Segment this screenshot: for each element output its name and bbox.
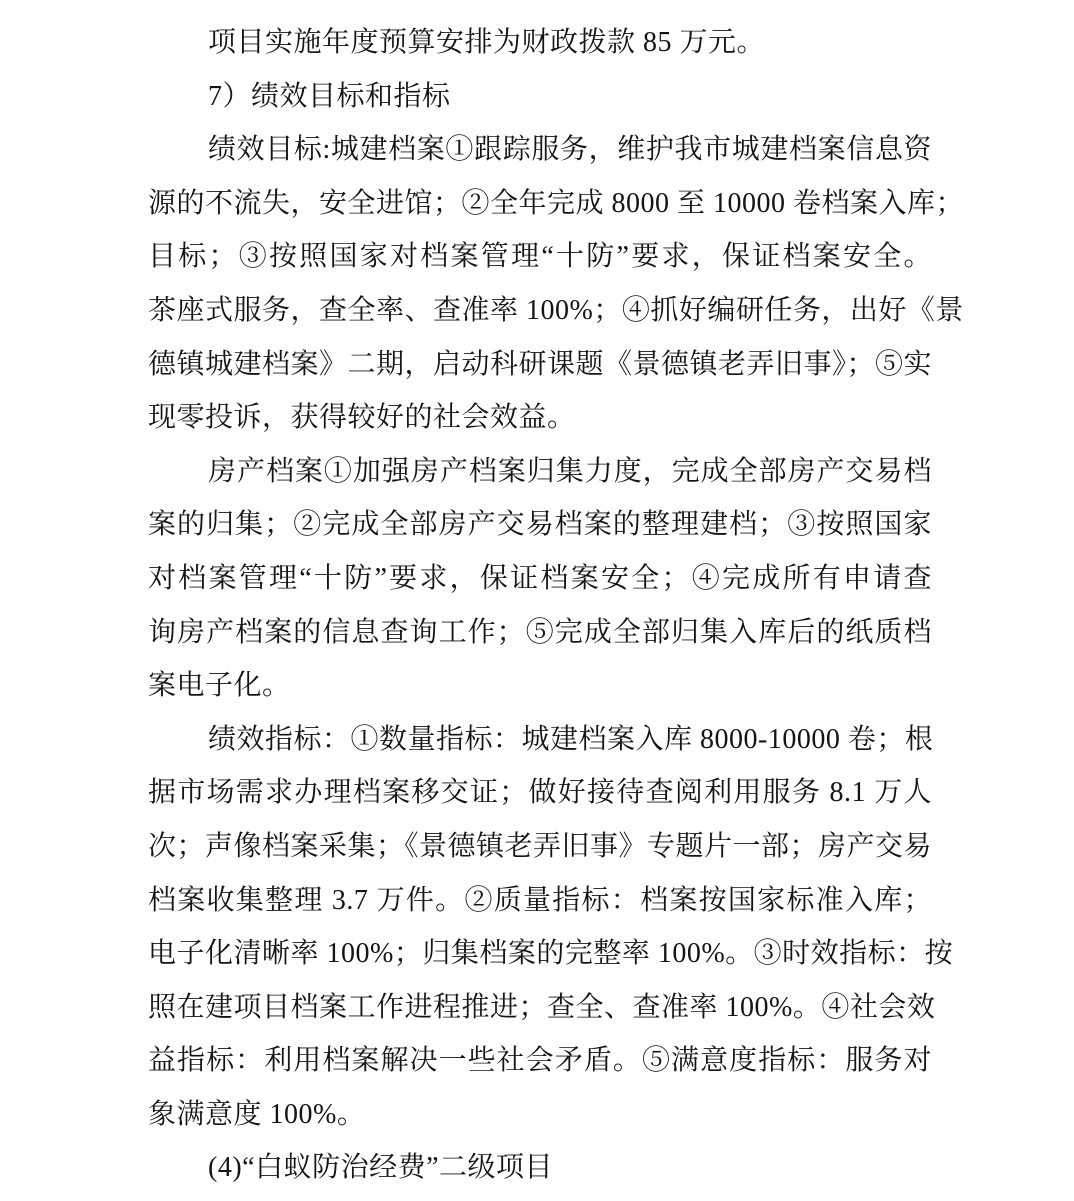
text-line: 目标；③按照国家对档案管理“十防”要求，保证档案安全。	[148, 230, 932, 284]
text-line: 绩效目标:城建档案①跟踪服务，维护我市城建档案信息资	[148, 123, 932, 177]
text-line: 电子化清晰率 100%；归集档案的完整率 100%。③时效指标：按	[148, 927, 932, 981]
text-line: 据市场需求办理档案移交证；做好接待查阅利用服务 8.1 万人	[148, 766, 932, 820]
text-line: 绩效指标：①数量指标：城建档案入库 8000-10000 卷；根	[148, 713, 932, 767]
text-line: 茶座式服务，查全率、查准率 100%；④抓好编研任务，出好《景	[148, 284, 932, 338]
text-line: 房产档案①加强房产档案归集力度，完成全部房产交易档	[148, 445, 932, 499]
text-line: 益指标：利用档案解决一些社会矛盾。⑤满意度指标：服务对	[148, 1034, 932, 1088]
text-line: 德镇城建档案》二期，启动科研课题《景德镇老弄旧事》；⑤实	[148, 338, 932, 392]
text-line: 档案收集整理 3.7 万件。②质量指标：档案按国家标准入库；	[148, 874, 932, 928]
text-line: 象满意度 100%。	[148, 1088, 932, 1142]
text-line: 7）绩效目标和指标	[148, 70, 932, 124]
text-line: 照在建项目档案工作进程推进；查全、查准率 100%。④社会效	[148, 981, 932, 1035]
text-line: (4)“白蚁防治经费”二级项目	[148, 1141, 932, 1195]
text-line: 现零投诉，获得较好的社会效益。	[148, 391, 932, 445]
text-line: 案的归集；②完成全部房产交易档案的整理建档；③按照国家	[148, 498, 932, 552]
text-line: 对档案管理“十防”要求，保证档案安全；④完成所有申请查	[148, 552, 932, 606]
text-line: 次；声像档案采集；《景德镇老弄旧事》专题片一部；房产交易	[148, 820, 932, 874]
document-body: 项目实施年度预算安排为财政拨款 85 万元。7）绩效目标和指标绩效目标:城建档案…	[148, 16, 932, 1195]
text-line: 源的不流失，安全进馆；②全年完成 8000 至 10000 卷档案入库；	[148, 177, 932, 231]
text-line: 项目实施年度预算安排为财政拨款 85 万元。	[148, 16, 932, 70]
text-line: 询房产档案的信息查询工作；⑤完成全部归集入库后的纸质档	[148, 606, 932, 660]
text-line: 案电子化。	[148, 659, 932, 713]
document-page: 项目实施年度预算安排为财政拨款 85 万元。7）绩效目标和指标绩效目标:城建档案…	[0, 0, 1074, 1201]
